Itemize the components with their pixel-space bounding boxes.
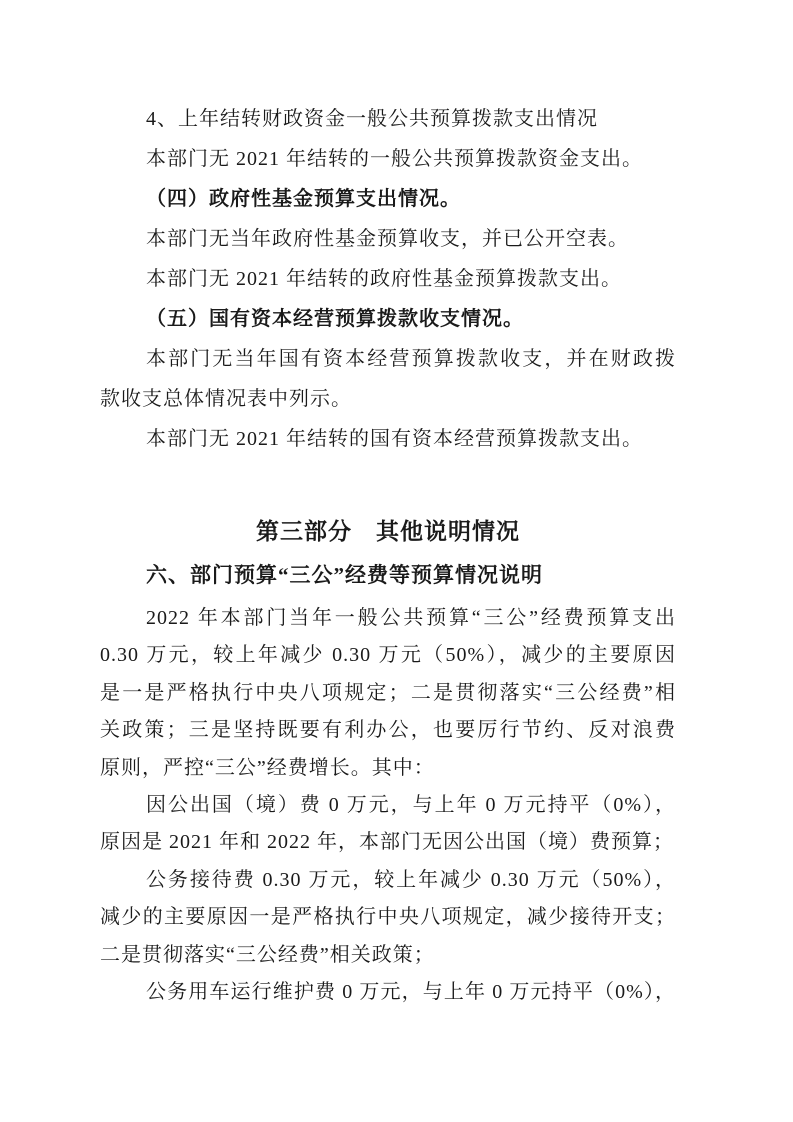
text-line: 是一是严格执行中央八项规定；二是贯彻落实“三公经费”相 [100,675,676,712]
text-line: 公务接待费 0.30 万元，较上年减少 0.30 万元（50%）， [100,862,676,899]
text-line: 二是贯彻落实“三公经费”相关政策； [100,937,676,974]
text-line: 本部门无当年国有资本经营预算拨款收支，并在财政拨 [100,339,676,379]
text-line: 公务用车运行维护费 0 万元，与上年 0 万元持平（0%）， [100,974,676,1011]
part-three-heading: 第三部分 其他说明情况 [100,512,676,552]
subheading-state-capital-budget: （五）国有资本经营预算拨款收支情况。 [100,299,676,339]
text-line: 关政策；三是坚持既要有利办公，也要厉行节约、反对浪费 [100,712,676,749]
text-line: 本部门无当年政府性基金预算收支，并已公开空表。 [100,219,676,259]
text-line: 本部门无 2021 年结转的政府性基金预算拨款支出。 [100,259,676,299]
text-line: 0.30 万元，较上年减少 0.30 万元（50%），减少的主要原因 [100,637,676,674]
subheading-gov-fund-budget: （四）政府性基金预算支出情况。 [100,179,676,219]
text-line: 减少的主要原因一是严格执行中央八项规定，减少接待开支； [100,899,676,936]
text-line: 本部门无 2021 年结转的一般公共预算拨款资金支出。 [100,139,676,179]
text-line: 4、上年结转财政资金一般公共预算拨款支出情况 [100,99,676,139]
text-line: 款收支总体情况表中列示。 [100,379,676,419]
document-page: 4、上年结转财政资金一般公共预算拨款支出情况 本部门无 2021 年结转的一般公… [0,0,793,1122]
three-public-funds-heading: 六、部门预算“三公”经费等预算情况说明 [100,555,676,595]
page-content: 4、上年结转财政资金一般公共预算拨款支出情况 本部门无 2021 年结转的一般公… [100,0,676,1011]
text-line: 2022 年本部门当年一般公共预算“三公”经费预算支出 [100,600,676,637]
text-line: 原则，严控“三公”经费增长。其中： [100,750,676,787]
three-public-funds-section: 2022 年本部门当年一般公共预算“三公”经费预算支出 0.30 万元，较上年减… [100,600,676,1011]
text-line: 因公出国（境）费 0 万元，与上年 0 万元持平（0%）， [100,787,676,824]
budget-notes-section: 4、上年结转财政资金一般公共预算拨款支出情况 本部门无 2021 年结转的一般公… [100,99,676,459]
text-line: 本部门无 2021 年结转的国有资本经营预算拨款支出。 [100,419,676,459]
text-line: 原因是 2021 年和 2022 年，本部门无因公出国（境）费预算； [100,824,676,861]
